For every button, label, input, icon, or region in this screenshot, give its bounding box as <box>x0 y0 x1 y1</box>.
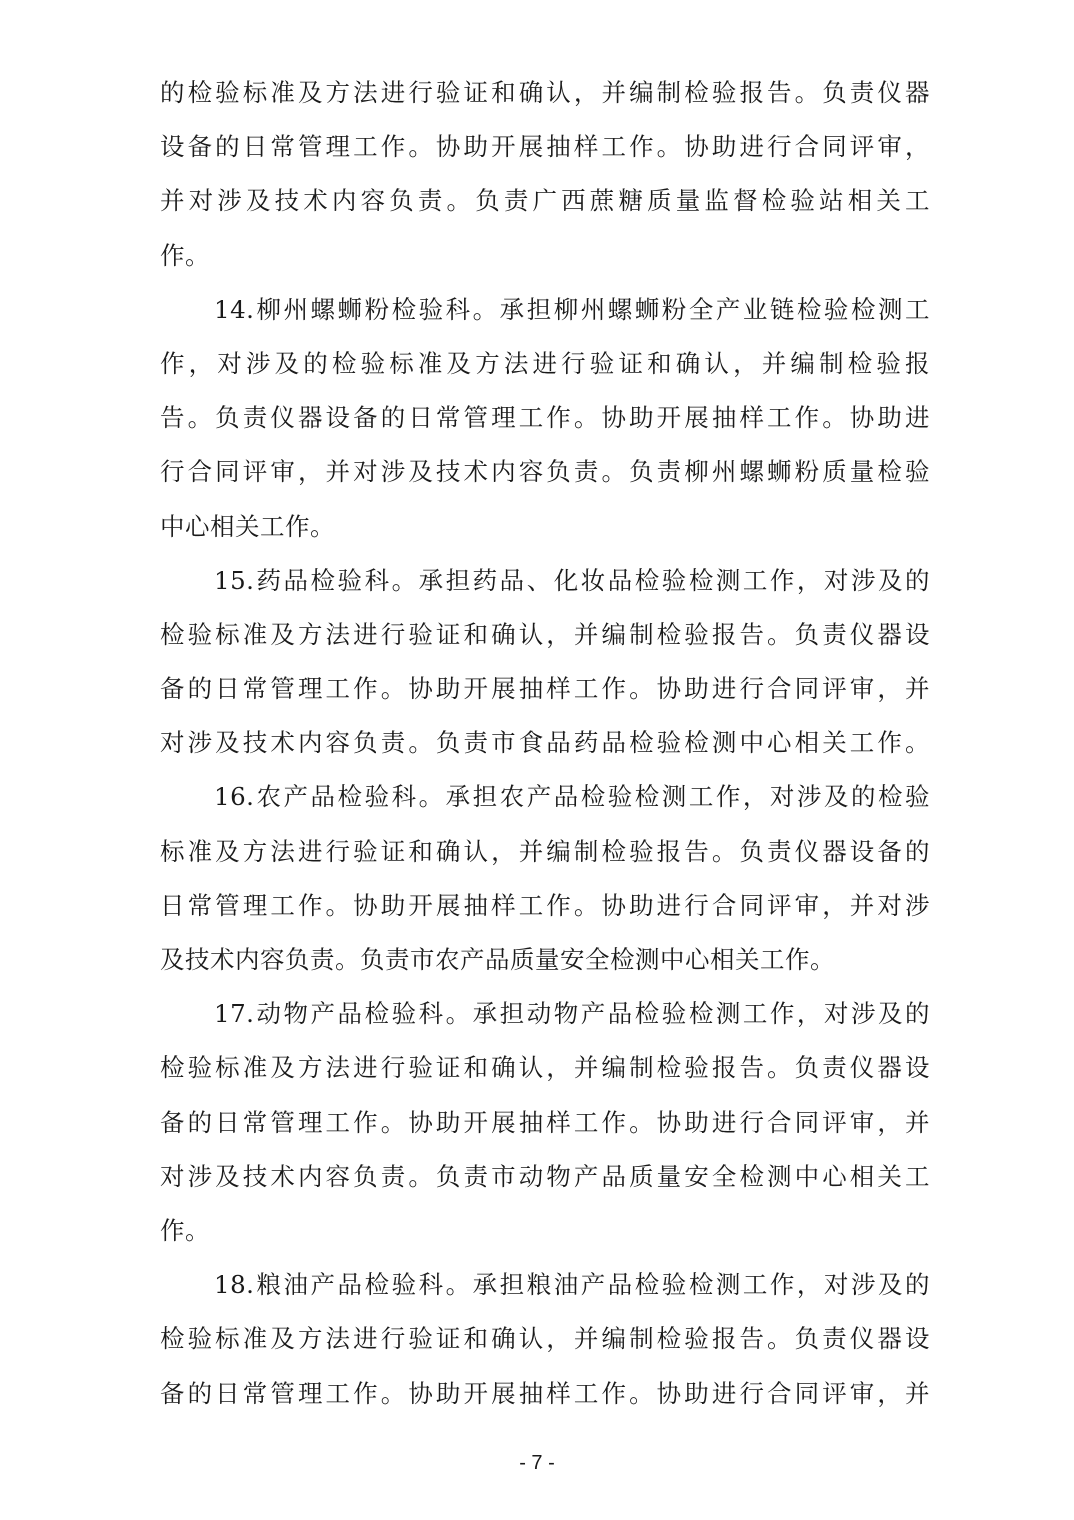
paragraph-heading-line: 15.药品检验科。承担药品、化妆品检验检测工作，对涉及的 <box>160 559 930 613</box>
text-line: 检验标准及方法进行验证和确认，并编制检验报告。负责仪器设 <box>160 613 930 667</box>
text-line: 检验标准及方法进行验证和确认，并编制检验报告。负责仪器设 <box>160 1046 930 1100</box>
text-line: 备的日常管理工作。协助开展抽样工作。协助进行合同评审，并 <box>160 667 930 721</box>
paragraph-18-grain-oil-inspection: 18.粮油产品检验科。承担粮油产品检验检测工作，对涉及的 检验标准及方法进行验证… <box>160 1263 930 1426</box>
text-line: 的检验标准及方法进行验证和确认，并编制检验报告。负责仪器 <box>160 71 930 125</box>
text-line: 备的日常管理工作。协助开展抽样工作。协助进行合同评审，并 <box>160 1101 930 1155</box>
text-line: 及技术内容负责。负责市农产品质量安全检测中心相关工作。 <box>160 938 930 992</box>
text-line: 检验标准及方法进行验证和确认，并编制检验报告。负责仪器设 <box>160 1317 930 1371</box>
paragraph-14-luosifen-inspection: 14.柳州螺蛳粉检验科。承担柳州螺蛳粉全产业链检验检测工 作，对涉及的检验标准及… <box>160 288 930 559</box>
body-text: 的检验标准及方法进行验证和确认，并编制检验报告。负责仪器 设备的日常管理工作。协… <box>160 71 930 1426</box>
paragraph-heading-line: 18.粮油产品检验科。承担粮油产品检验检测工作，对涉及的 <box>160 1263 930 1317</box>
paragraph-17-animal-product-inspection: 17.动物产品检验科。承担动物产品检验检测工作，对涉及的 检验标准及方法进行验证… <box>160 992 930 1263</box>
text-line: 备的日常管理工作。协助开展抽样工作。协助进行合同评审，并 <box>160 1372 930 1426</box>
text-line: 对涉及技术内容负责。负责市动物产品质量安全检测中心相关工 <box>160 1155 930 1209</box>
text-line: 设备的日常管理工作。协助开展抽样工作。协助进行合同评审， <box>160 125 930 179</box>
paragraph-16-agricultural-inspection: 16.农产品检验科。承担农产品检验检测工作，对涉及的检验 标准及方法进行验证和确… <box>160 775 930 992</box>
document-page: 的检验标准及方法进行验证和确认，并编制检验报告。负责仪器 设备的日常管理工作。协… <box>0 0 1074 1520</box>
text-line: 标准及方法进行验证和确认，并编制检验报告。负责仪器设备的 <box>160 830 930 884</box>
paragraph-15-drug-inspection: 15.药品检验科。承担药品、化妆品检验检测工作，对涉及的 检验标准及方法进行验证… <box>160 559 930 776</box>
text-line: 告。负责仪器设备的日常管理工作。协助开展抽样工作。协助进 <box>160 396 930 450</box>
text-line: 中心相关工作。 <box>160 505 930 559</box>
paragraph-heading-line: 14.柳州螺蛳粉检验科。承担柳州螺蛳粉全产业链检验检测工 <box>160 288 930 342</box>
text-line: 对涉及技术内容负责。负责市食品药品检验检测中心相关工作。 <box>160 721 930 775</box>
text-line: 作。 <box>160 1209 930 1263</box>
text-line: 作，对涉及的检验标准及方法进行验证和确认，并编制检验报 <box>160 342 930 396</box>
paragraph-heading-line: 17.动物产品检验科。承担动物产品检验检测工作，对涉及的 <box>160 992 930 1046</box>
paragraph-13-continuation: 的检验标准及方法进行验证和确认，并编制检验报告。负责仪器 设备的日常管理工作。协… <box>160 71 930 288</box>
text-line: 行合同评审，并对涉及技术内容负责。负责柳州螺蛳粉质量检验 <box>160 450 930 504</box>
paragraph-heading-line: 16.农产品检验科。承担农产品检验检测工作，对涉及的检验 <box>160 775 930 829</box>
text-line: 日常管理工作。协助开展抽样工作。协助进行合同评审，并对涉 <box>160 884 930 938</box>
text-line: 作。 <box>160 234 930 288</box>
page-number: - 7 - <box>0 1452 1074 1475</box>
text-line: 并对涉及技术内容负责。负责广西蔗糖质量监督检验站相关工 <box>160 179 930 233</box>
